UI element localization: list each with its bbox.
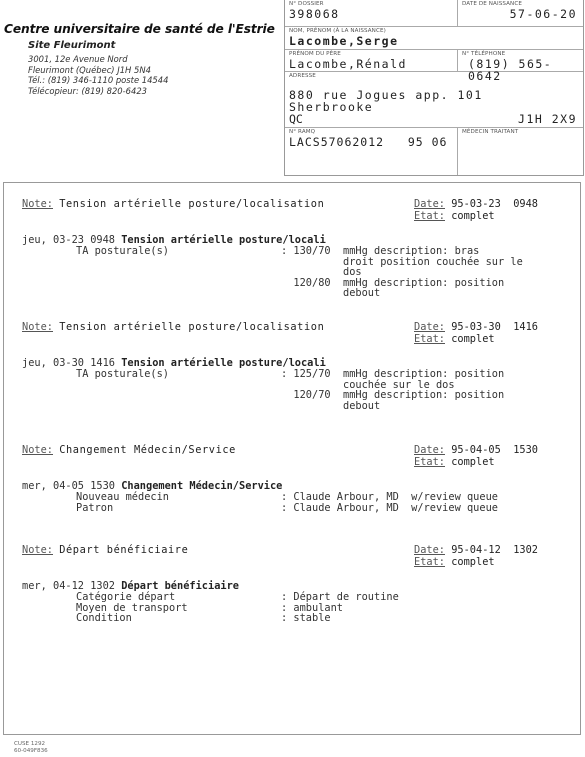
note-header: Note: Tension artérielle posture/localis… bbox=[22, 321, 324, 333]
institution-contact: 3001, 12e Avenue Nord Fleurimont (Québec… bbox=[28, 54, 288, 96]
date-label: Date: bbox=[414, 444, 445, 456]
etat-value: complet bbox=[451, 456, 494, 468]
note-status: Etat: complet bbox=[414, 456, 495, 468]
date-value: 95-03-30 1416 bbox=[451, 321, 538, 333]
note-date: Date: 95-03-30 1416 bbox=[414, 321, 538, 333]
form-code-line2: 60-049F836 bbox=[14, 748, 48, 755]
dossier-cell: N° DOSSIER 398068 bbox=[285, 0, 458, 27]
note-label: Note: bbox=[22, 544, 53, 556]
doctor-label: MÉDECIN TRAITANT bbox=[462, 129, 583, 136]
note-label: Note: bbox=[22, 444, 53, 456]
dossier-value: 398068 bbox=[289, 8, 457, 20]
institution-site: Site Fleurimont bbox=[28, 40, 288, 51]
field-value: debout bbox=[281, 287, 380, 299]
date-value: 95-04-05 1530 bbox=[451, 444, 538, 456]
institution-city: Fleurimont (Québec) J1H 5N4 bbox=[28, 65, 288, 76]
note-title: Changement Médecin/Service bbox=[59, 444, 236, 456]
address-postal: J1H 2X9 bbox=[518, 113, 577, 125]
institution-phone: Tél.: (819) 346-1110 poste 14544 bbox=[28, 75, 288, 86]
date-label: Date: bbox=[414, 544, 445, 556]
name-cell: NOM, PRÉNOM (À LA NAISSANCE) Lacombe,Ser… bbox=[285, 27, 583, 50]
date-value: 95-04-12 1302 bbox=[451, 544, 538, 556]
note-header: Note: Tension artérielle posture/localis… bbox=[22, 198, 324, 210]
etat-label: Etat: bbox=[414, 456, 445, 468]
note-date: Date: 95-04-12 1302 bbox=[414, 544, 538, 556]
institution-fax: Télécopieur: (819) 820-6423 bbox=[28, 86, 288, 97]
dob-cell: DATE DE NAISSANCE 57-06-20 bbox=[458, 0, 583, 27]
field-label: TA posturale(s) bbox=[76, 245, 169, 257]
etat-value: complet bbox=[451, 556, 494, 568]
etat-value: complet bbox=[451, 333, 494, 345]
etat-label: Etat: bbox=[414, 210, 445, 222]
date-label: Date: bbox=[414, 321, 445, 333]
note-label: Note: bbox=[22, 198, 53, 210]
notes-frame: Note: Tension artérielle posture/localis… bbox=[3, 182, 581, 735]
note-title: Départ bénéficiaire bbox=[59, 544, 188, 556]
field-label: Patron bbox=[76, 502, 113, 514]
note-status: Etat: complet bbox=[414, 333, 495, 345]
etat-label: Etat: bbox=[414, 556, 445, 568]
note-label: Note: bbox=[22, 321, 53, 333]
field-label: TA posturale(s) bbox=[76, 368, 169, 380]
form-code: CUSE 1292 60-049F836 bbox=[14, 741, 48, 754]
institution-address: 3001, 12e Avenue Nord bbox=[28, 54, 288, 65]
institution-header: Centre universitaire de santé de l'Estri… bbox=[4, 22, 275, 36]
field-value: debout bbox=[281, 400, 380, 412]
etat-value: complet bbox=[451, 210, 494, 222]
address-label: ADRESSE bbox=[289, 73, 583, 80]
field-value: : stable bbox=[281, 612, 331, 624]
patient-card: N° DOSSIER 398068 DATE DE NAISSANCE 57-0… bbox=[284, 0, 584, 176]
note-header: Note: Départ bénéficiaire bbox=[22, 544, 188, 556]
address-cell: ADRESSE 880 rue Jogues app. 101 Sherbroo… bbox=[285, 72, 583, 128]
date-value: 95-03-23 0948 bbox=[451, 198, 538, 210]
etat-label: Etat: bbox=[414, 333, 445, 345]
note-title: Tension artérielle posture/localisation bbox=[59, 321, 324, 333]
note-date: Date: 95-03-23 0948 bbox=[414, 198, 538, 210]
father-value: Lacombe,Rénald bbox=[289, 58, 457, 70]
note-date: Date: 95-04-05 1530 bbox=[414, 444, 538, 456]
note-title: Tension artérielle posture/localisation bbox=[59, 198, 324, 210]
note-status: Etat: complet bbox=[414, 210, 495, 222]
institution-name: Centre universitaire de santé de l'Estri… bbox=[4, 22, 275, 36]
father-cell: PRÉNOM DU PÈRE Lacombe,Rénald bbox=[285, 50, 458, 72]
address-province: QC bbox=[289, 113, 303, 125]
field-label: Condition bbox=[76, 612, 132, 624]
date-label: Date: bbox=[414, 198, 445, 210]
note-status: Etat: complet bbox=[414, 556, 495, 568]
name-value: Lacombe,Serge bbox=[289, 35, 583, 47]
phone-cell: N° TÉLÉPHONE (819) 565-0642 bbox=[458, 50, 583, 72]
form-code-line1: CUSE 1292 bbox=[14, 741, 48, 748]
ramq-value: LACS57062012 95 06 bbox=[289, 136, 457, 148]
doctor-cell: MÉDECIN TRAITANT bbox=[458, 128, 583, 175]
dob-value: 57-06-20 bbox=[462, 8, 583, 20]
ramq-cell: N° RAMQ LACS57062012 95 06 bbox=[285, 128, 458, 175]
field-value: : Claude Arbour, MD w/review queue bbox=[281, 502, 498, 514]
note-header: Note: Changement Médecin/Service bbox=[22, 444, 236, 456]
